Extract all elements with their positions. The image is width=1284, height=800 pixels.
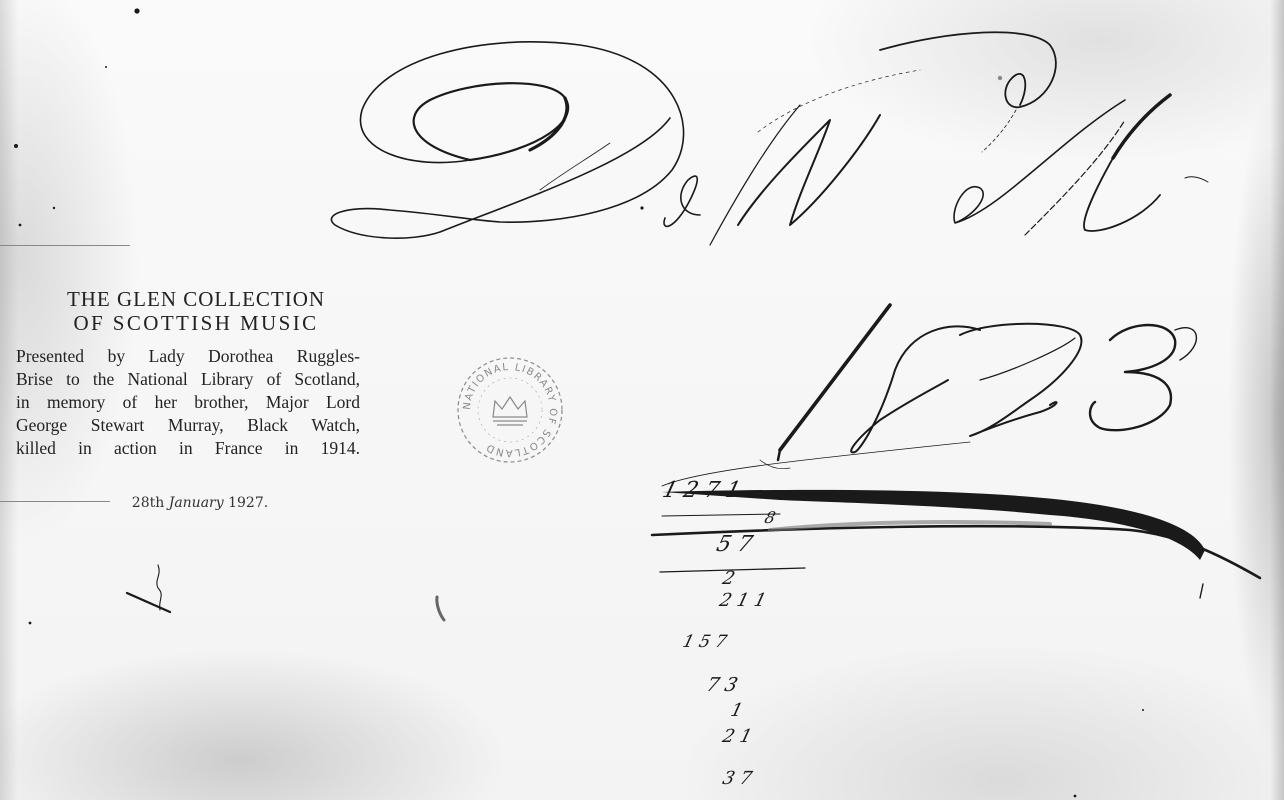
dedication-line: Brise to the National Library of Scotlan… xyxy=(16,368,360,391)
monogram-m1 xyxy=(664,70,920,245)
year-text: 1823 xyxy=(0,0,3,1)
monogram-d xyxy=(331,42,683,238)
manuscript-page: D. McM 1823 1 2 7 1 8 5 7 2 2 1 1 1 5 7 … xyxy=(0,0,1284,800)
date-day: 28th xyxy=(132,495,164,511)
figure-row: 2 1 xyxy=(720,726,754,747)
bookplate-date: 28th January 1927. xyxy=(0,495,400,511)
figure-row: 1 5 7 xyxy=(681,632,729,652)
dedication-line: Presented by Lady Dorothea Ruggles- xyxy=(16,345,360,368)
bookplate-rule-bottom xyxy=(0,501,110,502)
library-stamp: NATIONAL LIBRARY OF SCOTLAND xyxy=(455,355,565,465)
figure-row: 7 3 xyxy=(704,674,740,696)
margin-mark xyxy=(127,565,170,612)
bookplate-rule-top xyxy=(0,245,130,246)
svg-text:NATIONAL LIBRARY OF SCOTLAND: NATIONAL LIBRARY OF SCOTLAND xyxy=(462,362,558,458)
page-edge-shadow-right xyxy=(1270,0,1284,800)
figure-row: 2 1 1 xyxy=(717,590,768,611)
monogram-c xyxy=(880,32,1056,152)
monogram-m2 xyxy=(954,95,1208,235)
dedication-line: in memory of her brother, Major Lord xyxy=(16,391,360,414)
figure-row: 1 2 7 1 xyxy=(660,478,743,503)
stamp-text: NATIONAL LIBRARY OF SCOTLAND xyxy=(462,362,558,458)
handwritten-figures: 1 2 7 1 8 5 7 2 2 1 1 1 5 7 7 3 1 2 1 3 … xyxy=(655,478,845,800)
figure-row: 2 xyxy=(720,568,737,589)
year-1823 xyxy=(778,305,1196,460)
figure-row: 5 7 xyxy=(714,532,755,557)
bookplate-dedication: Presented by Lady Dorothea Ruggles- Bris… xyxy=(16,345,360,460)
date-year: 1927. xyxy=(228,495,268,511)
figure-row: 1 xyxy=(728,700,745,721)
bookplate-label: THE GLEN COLLECTION OF SCOTTISH MUSIC Pr… xyxy=(0,245,380,503)
figure-row: 8 xyxy=(763,508,778,527)
crown-icon xyxy=(493,397,527,425)
bookplate-title: THE GLEN COLLECTION OF SCOTTISH MUSIC xyxy=(10,287,382,335)
dedication-line: George Stewart Murray, Black Watch, xyxy=(16,414,360,437)
figure-row: 3 7 xyxy=(720,768,754,789)
bookplate-title-line2: OF SCOTTISH MUSIC xyxy=(10,311,382,335)
bookplate-title-line1: THE GLEN COLLECTION xyxy=(10,287,382,311)
date-month: January xyxy=(169,495,224,511)
dedication-line: killed in action in France in 1914. xyxy=(16,437,360,460)
